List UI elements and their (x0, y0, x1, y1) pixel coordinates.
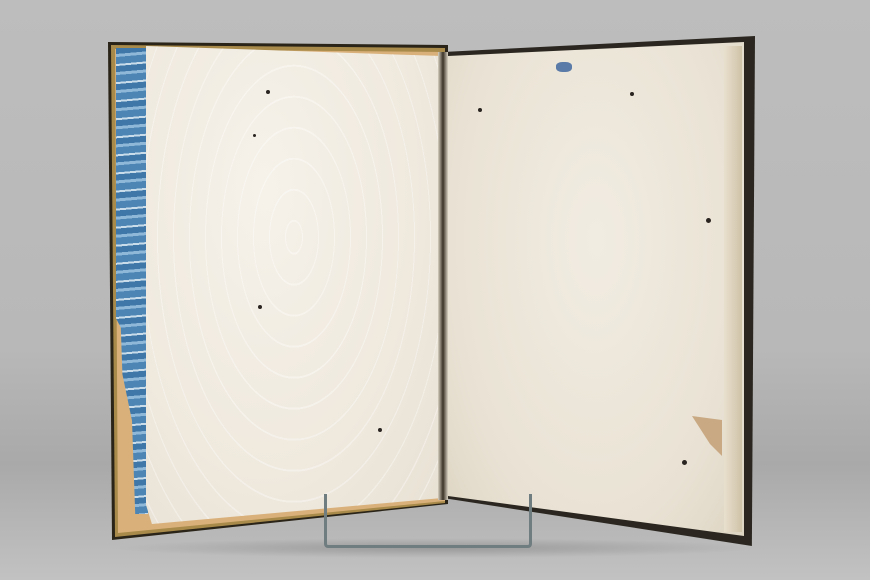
moire-pattern (146, 46, 442, 524)
ink-spot (378, 428, 382, 432)
metal-display-stand (324, 494, 532, 548)
ink-spot (682, 460, 687, 465)
ink-spot-blue (556, 62, 572, 72)
ink-spot (478, 108, 482, 112)
ink-spot (266, 90, 270, 94)
ink-spot (258, 305, 262, 309)
book-spine (438, 52, 448, 500)
ink-spot (706, 218, 711, 223)
ink-spot (630, 92, 634, 96)
right-page-edge (724, 46, 742, 532)
right-endpaper (448, 42, 744, 536)
ink-spot (253, 134, 256, 137)
photo-scene (0, 0, 870, 580)
